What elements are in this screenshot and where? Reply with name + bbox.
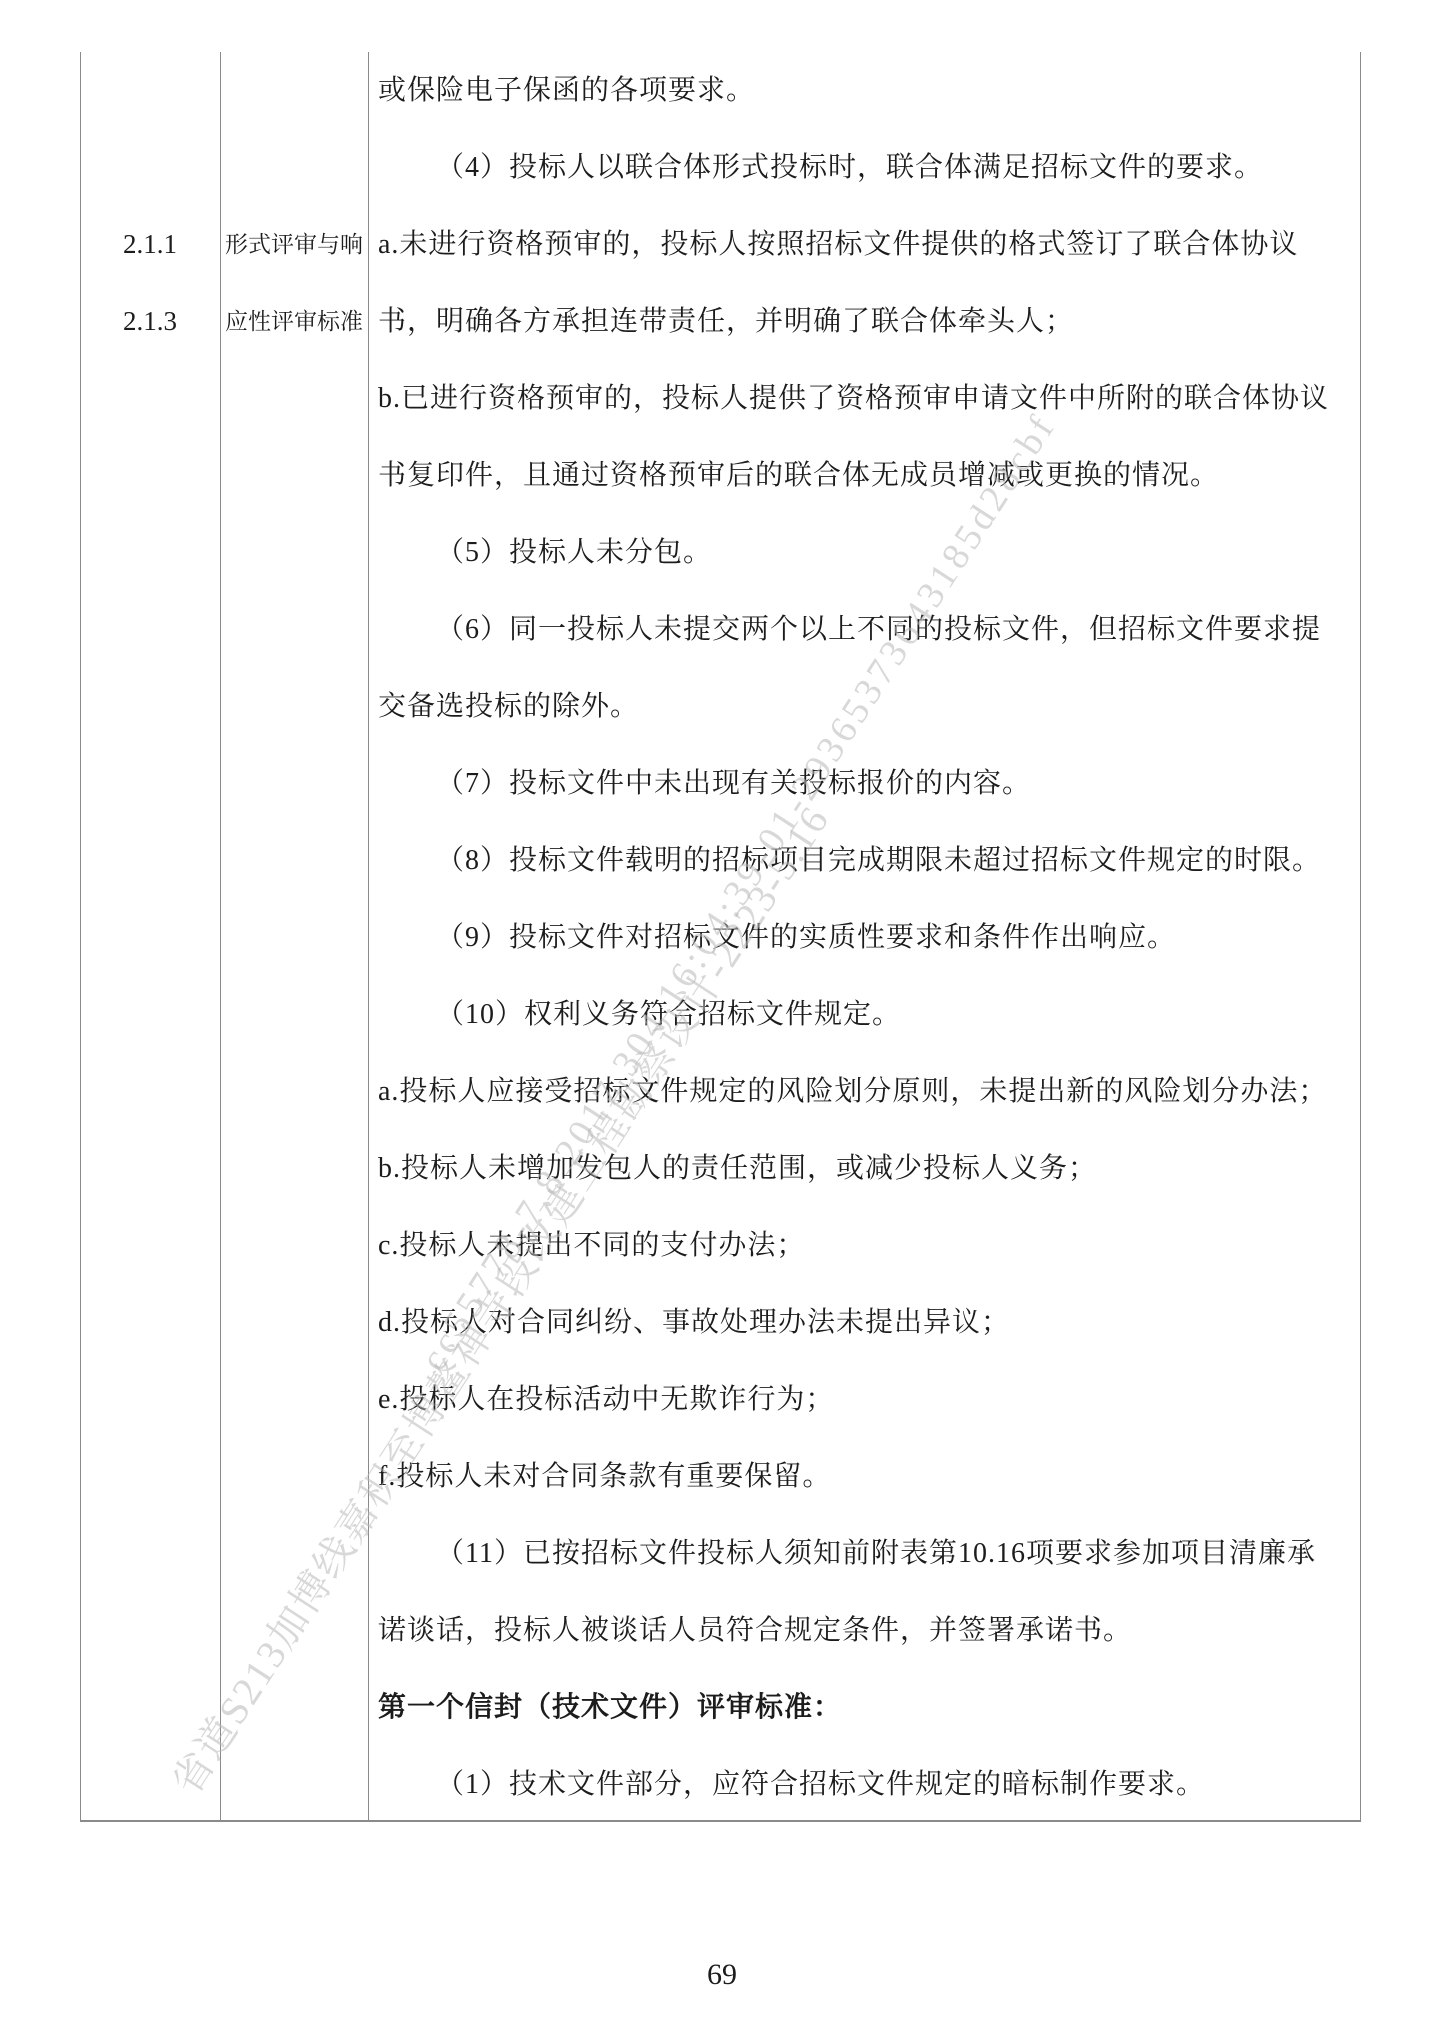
content-line: （10）权利义务符合招标文件规定。 [378, 976, 1353, 1053]
content-line: f.投标人未对合同条款有重要保留。 [378, 1438, 1353, 1515]
table-border-right [1360, 52, 1361, 1820]
content-line: （8）投标文件载明的招标项目完成期限未超过招标文件规定的时限。 [378, 822, 1353, 899]
content-line: b.已进行资格预审的，投标人提供了资格预审申请文件中所附的联合体协议 [378, 360, 1353, 437]
clause-number: 2.1.1 [81, 206, 219, 283]
document-page: 2.1.1 2.1.3 形式评审与响 应性评审标准 或保险电子保函的各项要求。 … [0, 0, 1444, 2043]
content-line-section-heading: 第一个信封（技术文件）评审标准： [378, 1669, 1353, 1746]
content-line: 或保险电子保函的各项要求。 [378, 52, 1353, 129]
criteria-name: 应性评审标准 [221, 283, 367, 360]
content-line: 诺谈话，投标人被谈话人员符合规定条件，并签署承诺书。 [378, 1592, 1353, 1669]
page-number: 69 [0, 1958, 1444, 1992]
clause-number: 2.1.3 [81, 283, 219, 360]
content-line: d.投标人对合同纠纷、事故处理办法未提出异议； [378, 1284, 1353, 1361]
content-line: b.投标人未增加发包人的责任范围，或减少投标人义务； [378, 1130, 1353, 1207]
content-line: （6）同一投标人未提交两个以上不同的投标文件，但招标文件要求提 [378, 591, 1353, 668]
content-line: （9）投标文件对招标文件的实质性要求和条件作出响应。 [378, 899, 1353, 976]
content-line: c.投标人未提出不同的支付办法； [378, 1207, 1353, 1284]
content-line: （11）已按招标文件投标人须知前附表第10.16项要求参加项目清廉承 [378, 1515, 1353, 1592]
content-line: （4）投标人以联合体形式投标时，联合体满足招标文件的要求。 [378, 129, 1353, 206]
content-line: a.投标人应接受招标文件规定的风险划分原则，未提出新的风险划分办法； [378, 1053, 1353, 1130]
content-line: a.未进行资格预审的，投标人按照招标文件提供的格式签订了联合体协议 [378, 206, 1353, 283]
content-line: （1）技术文件部分，应符合招标文件规定的暗标制作要求。 [378, 1746, 1353, 1823]
content-line: e.投标人在投标活动中无欺诈行为； [378, 1361, 1353, 1438]
content-line: （5）投标人未分包。 [378, 514, 1353, 591]
content-line: 书复印件，且通过资格预审后的联合体无成员增减或更换的情况。 [378, 437, 1353, 514]
table-divider-2 [368, 52, 369, 1820]
criteria-name: 形式评审与响 [221, 206, 367, 283]
content-line: 书，明确各方承担连带责任，并明确了联合体牵头人； [378, 283, 1353, 360]
content-line: （7）投标文件中未出现有关投标报价的内容。 [378, 745, 1353, 822]
criteria-content-cell: 或保险电子保函的各项要求。 （4）投标人以联合体形式投标时，联合体满足招标文件的… [378, 52, 1353, 1823]
content-line: 交备选投标的除外。 [378, 668, 1353, 745]
